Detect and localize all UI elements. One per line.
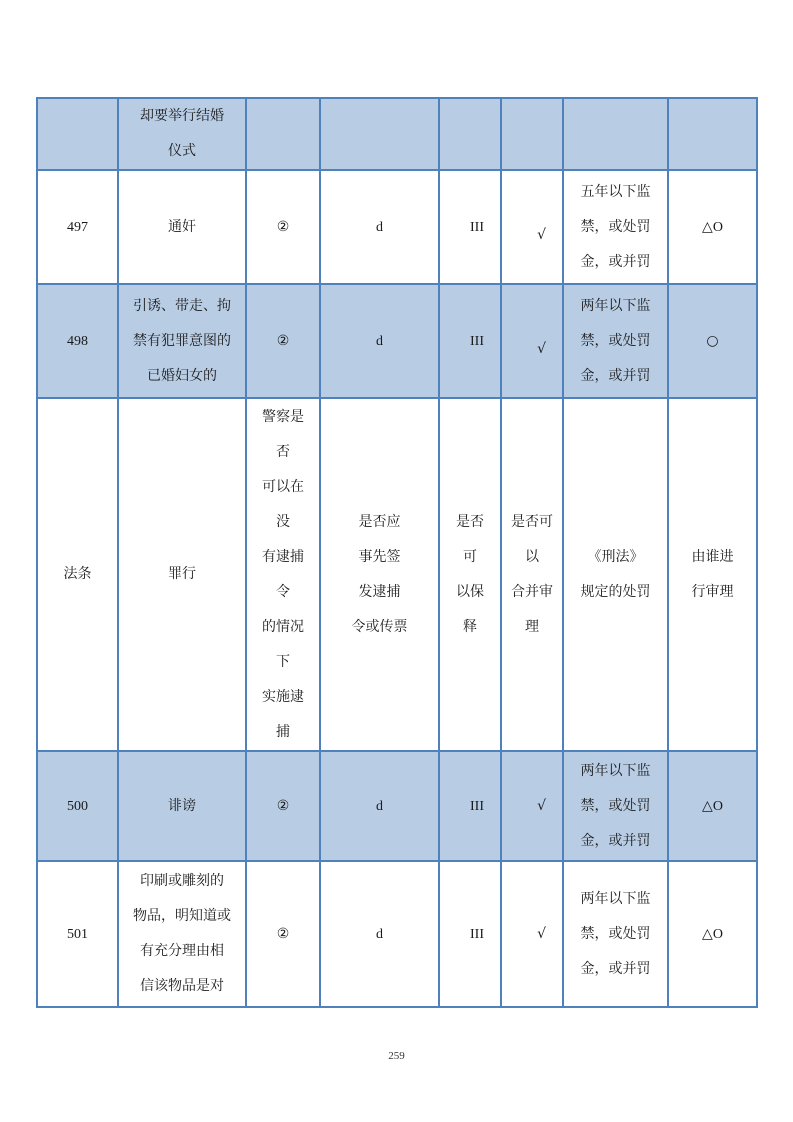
cell-triable-by: [668, 98, 757, 170]
cell-punishment: 两年以下监 禁，或处罚 金，或并罚: [563, 751, 668, 861]
check-mark-icon: √: [537, 798, 546, 814]
cell-arrest-without-warrant: ②: [246, 170, 320, 284]
cell-arrest-without-warrant: [246, 98, 320, 170]
table-row-continuation: 却要举行结婚 仪式: [37, 98, 757, 170]
cell-compoundable: √: [501, 861, 563, 1007]
cell-warrant-or-summons: [320, 98, 439, 170]
cell-offense: 印刷或雕刻的 物品，明知道或 有充分理由相 信该物品是对: [118, 861, 246, 1007]
cell-article: 501: [37, 861, 118, 1007]
cell-offense: 引诱、带走、拘 禁有犯罪意图的 已婚妇女的: [118, 284, 246, 398]
cell-warrant-or-summons: d: [320, 861, 439, 1007]
cell-bailable: III: [439, 751, 501, 861]
cell-compoundable: √: [501, 170, 563, 284]
cell-triable-by: ○: [668, 284, 757, 398]
cell-triable-by: △O: [668, 751, 757, 861]
cell-article: 498: [37, 284, 118, 398]
header-article: 法条: [37, 398, 118, 751]
header-offense: 罪行: [118, 398, 246, 751]
header-bailable: 是否 可 以保 释: [439, 398, 501, 751]
cell-triable-by: △O: [668, 861, 757, 1007]
cell-article: 497: [37, 170, 118, 284]
check-mark-icon: √: [537, 926, 546, 942]
cell-punishment: 五年以下监 禁，或处罚 金，或并罚: [563, 170, 668, 284]
check-mark-icon: √: [537, 227, 546, 243]
check-mark-icon: √: [537, 341, 546, 357]
table-row: 498 引诱、带走、拘 禁有犯罪意图的 已婚妇女的 ② d III √ 两年以下…: [37, 284, 757, 398]
cell-arrest-without-warrant: ②: [246, 284, 320, 398]
header-arrest-without-warrant: 警察是 否 可以在 没 有逮捕 令 的情况 下 实施逮 捕: [246, 398, 320, 751]
cell-article: [37, 98, 118, 170]
header-triable-by: 由谁进 行审理: [668, 398, 757, 751]
cell-bailable: [439, 98, 501, 170]
cell-punishment: 两年以下监 禁，或处罚 金，或并罚: [563, 861, 668, 1007]
cell-bailable: III: [439, 284, 501, 398]
cell-arrest-without-warrant: ②: [246, 861, 320, 1007]
cell-offense: 却要举行结婚 仪式: [118, 98, 246, 170]
header-punishment: 《刑法》 规定的处罚: [563, 398, 668, 751]
cell-punishment: [563, 98, 668, 170]
cell-compoundable: √: [501, 284, 563, 398]
cell-compoundable: √: [501, 751, 563, 861]
table-row: 500 诽谤 ② d III √ 两年以下监 禁，或处罚 金，或并罚 △O: [37, 751, 757, 861]
cell-article: 500: [37, 751, 118, 861]
table-row: 501 印刷或雕刻的 物品，明知道或 有充分理由相 信该物品是对 ② d III…: [37, 861, 757, 1007]
cell-warrant-or-summons: d: [320, 170, 439, 284]
header-warrant-or-summons: 是否应 事先签 发逮捕 令或传票: [320, 398, 439, 751]
cell-punishment: 两年以下监 禁，或处罚 金，或并罚: [563, 284, 668, 398]
cell-bailable: III: [439, 170, 501, 284]
cell-triable-by: △O: [668, 170, 757, 284]
header-compoundable: 是否可 以 合并审 理: [501, 398, 563, 751]
cell-compoundable: [501, 98, 563, 170]
cell-warrant-or-summons: d: [320, 284, 439, 398]
cell-offense: 通奸: [118, 170, 246, 284]
penal-code-table: 却要举行结婚 仪式 497 通奸 ② d III √ 五年以下监 禁，或处罚 金…: [36, 97, 758, 1008]
page-number: 259: [0, 1050, 793, 1062]
cell-bailable: III: [439, 861, 501, 1007]
table-header-row: 法条 罪行 警察是 否 可以在 没 有逮捕 令 的情况 下 实施逮 捕 是否应 …: [37, 398, 757, 751]
table-row: 497 通奸 ② d III √ 五年以下监 禁，或处罚 金，或并罚 △O: [37, 170, 757, 284]
cell-offense: 诽谤: [118, 751, 246, 861]
cell-arrest-without-warrant: ②: [246, 751, 320, 861]
cell-warrant-or-summons: d: [320, 751, 439, 861]
